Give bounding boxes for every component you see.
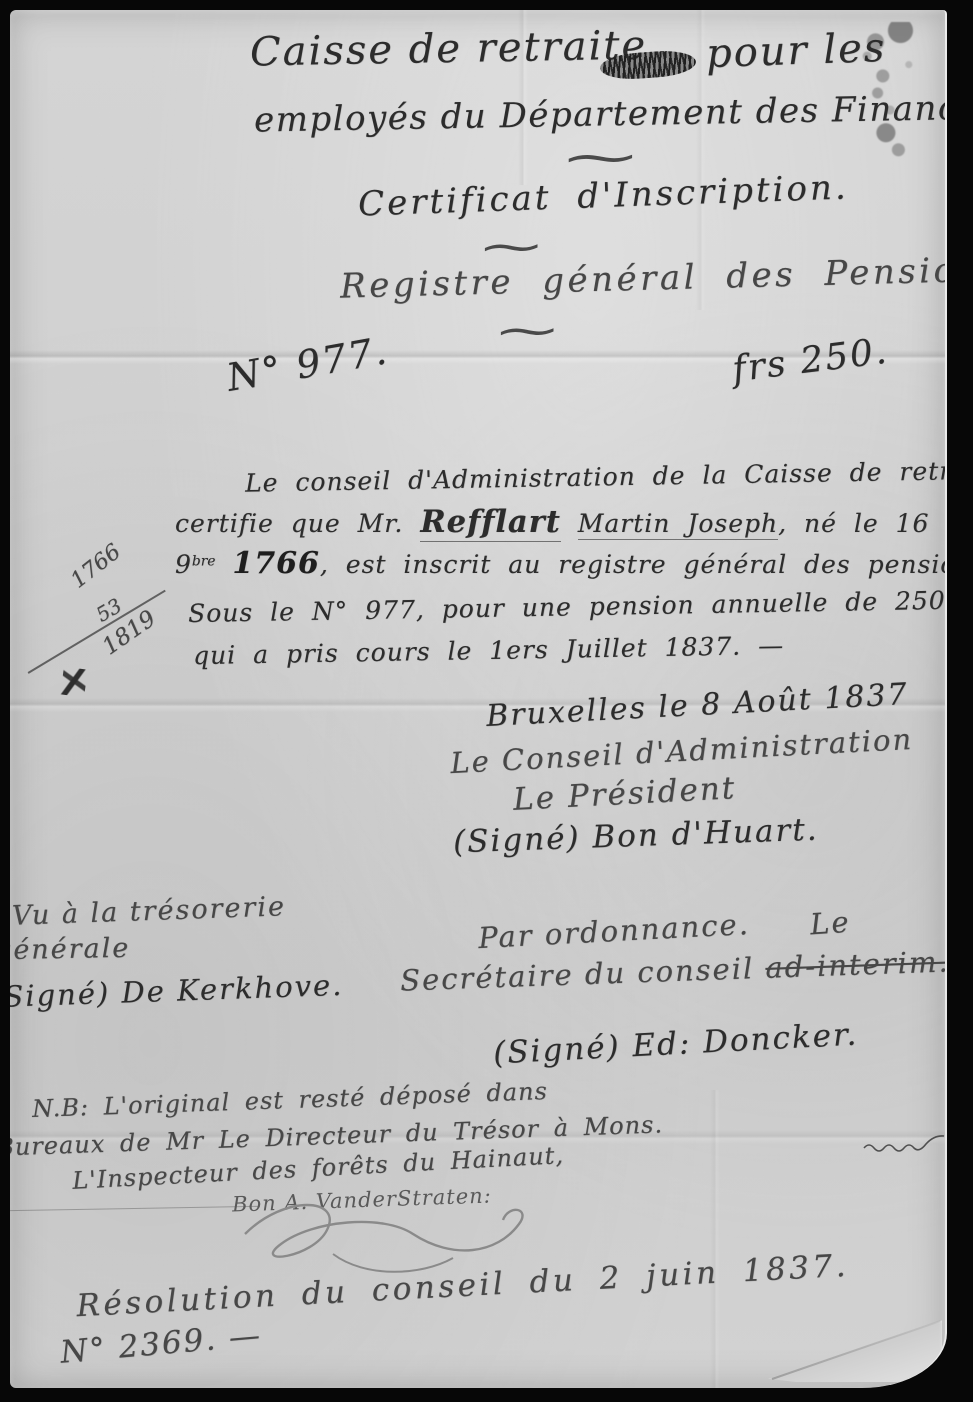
pensioner-firstnames: Martin Joseph [578, 509, 778, 540]
body-line4: Sous le N° 977, pour une pension annuell… [188, 585, 947, 628]
resolution-number: N° 2369. — [59, 1317, 263, 1370]
body-line2-pre: certifie que Mr. [175, 509, 420, 538]
treasury-line2: générale [10, 933, 131, 966]
body-line3-post: , est inscrit au registre général des pe… [320, 550, 947, 579]
body-line2: certifie que Mr. Refflart Martin Joseph,… [175, 504, 929, 540]
title-line1-pre: Caisse de retraite [250, 23, 648, 76]
ordinance-line1a: Par ordonnance. [477, 907, 750, 955]
flourish-mark: ~ [492, 306, 562, 355]
margin-note-year1: 1766 [66, 539, 126, 593]
body-line2-post: , né le 16 [778, 509, 929, 538]
registration-number: N° 977. [223, 328, 391, 400]
ordinance-line2-struck: ad-interim. [765, 944, 947, 984]
body-line1: Le conseil d'Administration de la Caisse… [245, 455, 947, 497]
pension-amount: frs 250. [730, 331, 890, 391]
president-line: Le Président [512, 770, 737, 818]
certificate-heading: Certificat d'Inscription. [357, 167, 849, 224]
secretary-signature: (Signé) Ed: Doncker. [492, 1016, 859, 1071]
register-heading: Registre général des Pensions [340, 249, 947, 306]
pensioner-surname: Refflart [420, 504, 561, 542]
crease-line [710, 1090, 720, 1388]
margin-squiggle [862, 1128, 946, 1158]
paper-tear [60, 666, 88, 697]
ordinance-line1b: Le [809, 905, 852, 942]
birth-month-suffix: bre [192, 553, 216, 569]
birth-month: 9 [175, 550, 192, 579]
treasury-signature: (Signé) De Kerkhove. [10, 968, 344, 1014]
president-signature: (Signé) Bon d'Huart. [452, 812, 819, 861]
treasury-line1: Vu à la trésorerie [12, 891, 287, 932]
title-line1-post: pour les [705, 25, 887, 77]
birth-year: 1766 [232, 546, 320, 581]
document-page: Caisse de retraite pour les employés du … [10, 10, 947, 1388]
ordinance-line2-pre: Secrétaire du conseil [400, 951, 766, 998]
body-line5: qui a pris cours le 1ers Juillet 1837. — [193, 631, 785, 670]
body-line3: 9bre 1766, est inscrit au registre génér… [175, 546, 947, 581]
